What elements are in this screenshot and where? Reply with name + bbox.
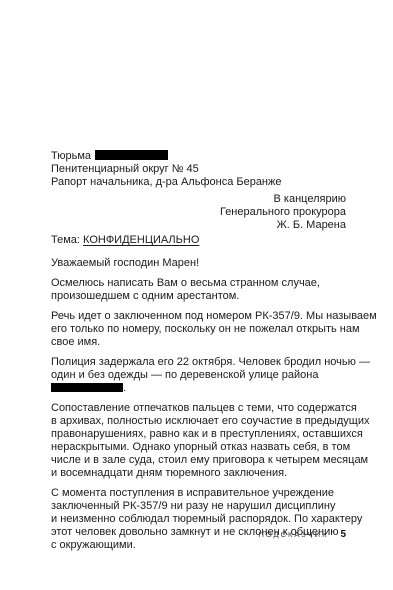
book-page: Тюрьма Пенитенциарный округ № 45 Рапорт …: [0, 0, 393, 590]
header-line-report: Рапорт начальника, д-ра Альфонса Беранже: [51, 176, 346, 189]
subject-label: Тема:: [51, 234, 80, 246]
subject-line: Тема: КОНФИДЕНЦИАЛЬНО: [51, 234, 346, 247]
letter-header: Тюрьма Пенитенциарный округ № 45 Рапорт …: [51, 150, 346, 189]
paragraph-line: числе и в зале суда, стоил ему приговора…: [51, 454, 346, 467]
subject-value: КОНФИДЕНЦИАЛЬНО: [83, 234, 199, 246]
paragraph-line: произошедшем с одним арестантом.: [51, 290, 346, 303]
page-footer: ПОДСКАЗЧИК 5: [258, 529, 346, 540]
page-number: 5: [340, 529, 346, 540]
paragraph-line: один и без одежды — по деревенской улице…: [51, 369, 346, 382]
addressee-block: В канцелярию Генерального прокурора Ж. Б…: [51, 193, 346, 232]
paragraph-line: Речь идет о заключенном под номером РК-3…: [51, 310, 346, 323]
paragraph-line: С момента поступления в исправительное у…: [51, 487, 346, 500]
running-title: ПОДСКАЗЧИК: [258, 530, 328, 539]
paragraph: Сопоставление отпечатков пальцев с теми,…: [51, 402, 346, 480]
header-line-prison: Тюрьма: [51, 150, 346, 163]
addressee-line: В канцелярию: [51, 193, 346, 206]
paragraph: С момента поступления в исправительное у…: [51, 487, 346, 552]
paragraph-line: Сопоставление отпечатков пальцев с теми,…: [51, 402, 346, 415]
paragraph: Речь идет о заключенном под номером РК-3…: [51, 310, 346, 349]
addressee-line: Генерального прокурора: [51, 206, 346, 219]
paragraph-line: правонарушениях, равно как и в преступле…: [51, 428, 346, 441]
redaction-bar-prison-name: [95, 150, 168, 160]
paragraph-line: Полиция задержала его 22 октября. Челове…: [51, 356, 346, 369]
salutation: Уважаемый господин Марен!: [51, 257, 346, 270]
paragraph: Полиция задержала его 22 октября. Челове…: [51, 356, 346, 395]
paragraph-line: его только по номеру, поскольку он не по…: [51, 323, 346, 336]
redaction-suffix: .: [123, 382, 126, 394]
paragraph-line: в архивах, полностью исключает его соуча…: [51, 415, 346, 428]
paragraph-line: и неизменно соблюдал тюремный распорядок…: [51, 513, 346, 526]
redaction-bar-district-name: [51, 383, 123, 392]
paragraph-line: заключенный РК-357/9 ни разу не нарушил …: [51, 500, 346, 513]
paragraph-line-redacted: .: [51, 382, 346, 395]
paragraph-line: нераскрытыми. Однако упорный отказ назва…: [51, 441, 346, 454]
paragraph-line: и восемнадцати дням тюремного заключения…: [51, 467, 346, 480]
paragraph-line: свое имя.: [51, 336, 346, 349]
header-line-district: Пенитенциарный округ № 45: [51, 163, 346, 176]
paragraph-line: с окружающими.: [51, 539, 346, 552]
letter-body: Тюрьма Пенитенциарный округ № 45 Рапорт …: [51, 150, 346, 552]
paragraph-line: Осмелюсь написать Вам о весьма странном …: [51, 277, 346, 290]
addressee-line: Ж. Б. Марена: [51, 219, 346, 232]
prison-label: Тюрьма: [51, 150, 91, 162]
paragraph: Осмелюсь написать Вам о весьма странном …: [51, 277, 346, 303]
